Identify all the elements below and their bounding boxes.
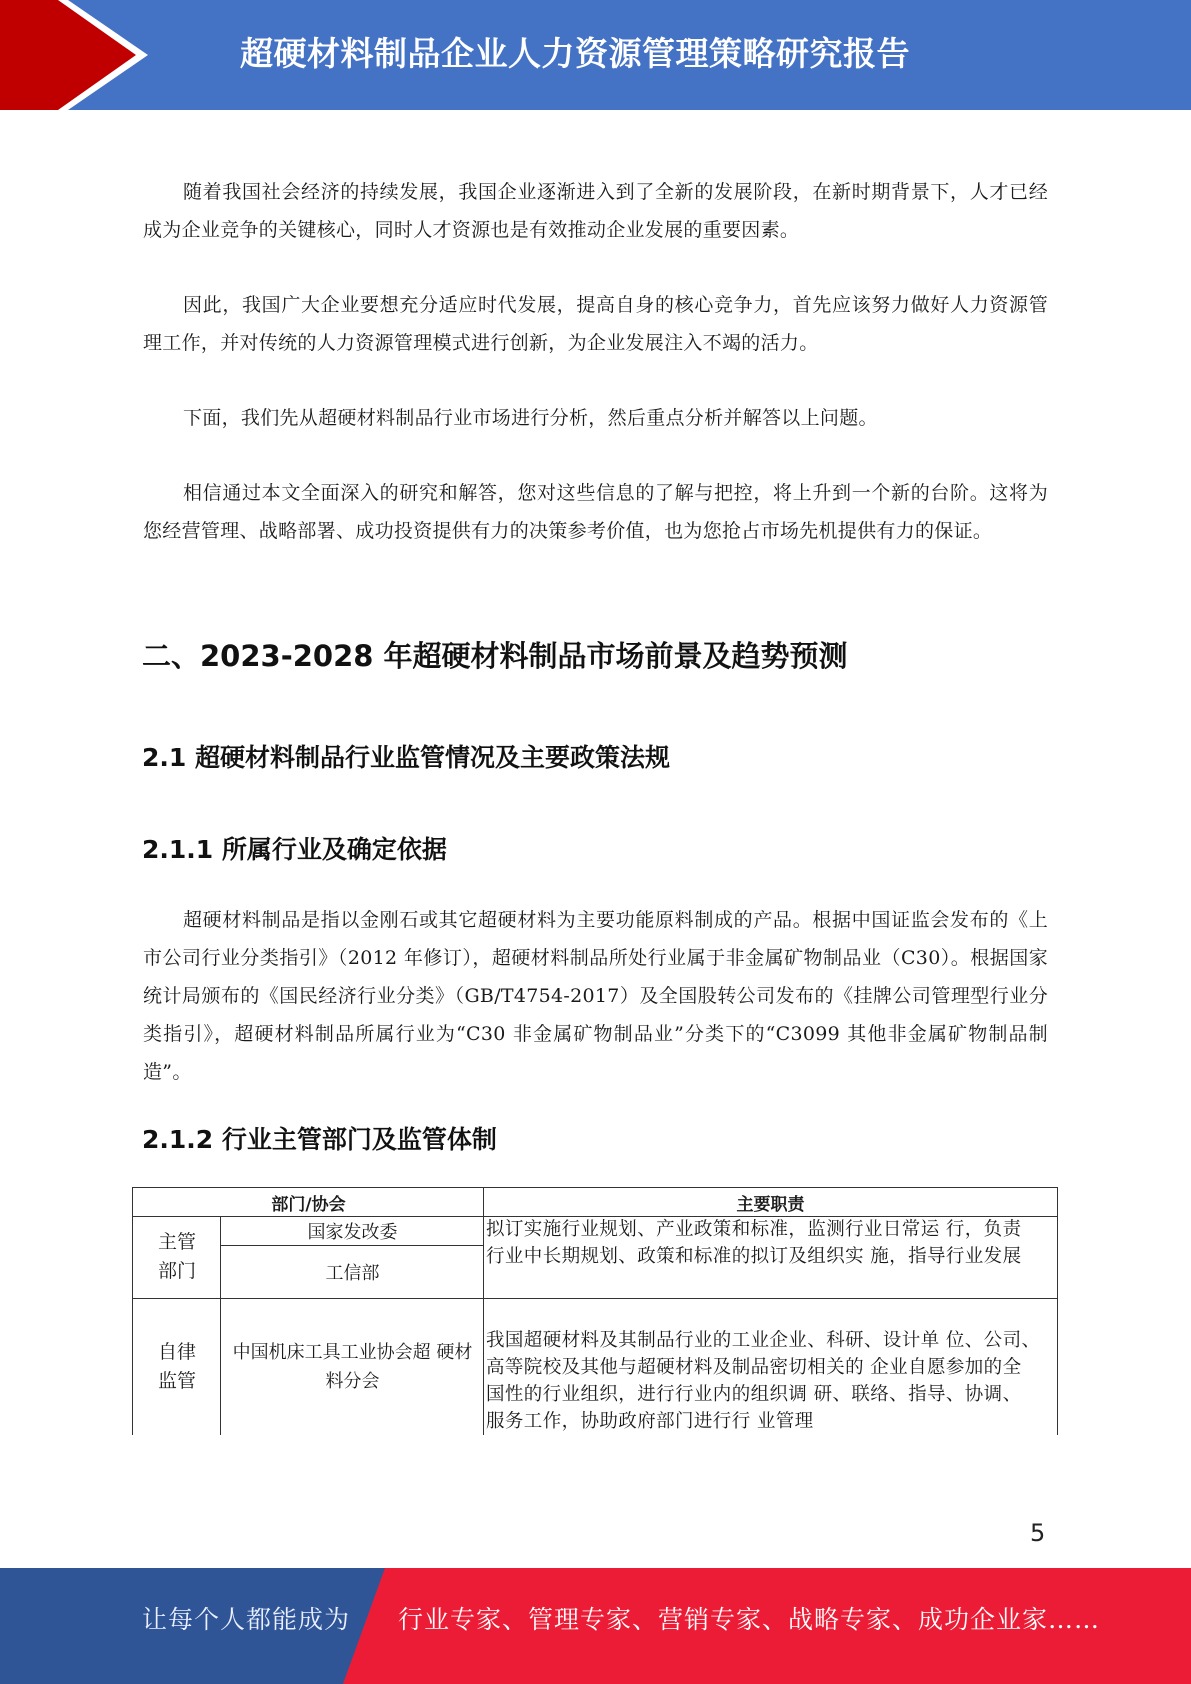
section-heading-2: 二、2023-2028 年超硬材料制品市场前景及趋势预测	[142, 634, 848, 675]
subsection-heading-2-1-2: 2.1.2 行业主管部门及监管体制	[142, 1120, 497, 1156]
intro-paragraph-4: 相信通过本文全面深入的研究和解答，您对这些信息的了解与把控，将上升到一个新的台阶…	[143, 474, 1048, 550]
table-cell-category-self-regulation: 自律 监管	[132, 1298, 221, 1435]
table-header-duty: 主要职责	[483, 1187, 1058, 1217]
duty-line: 高等院校及其他与超硬材料及制品密切相关的 企业自愿参加的全	[486, 1354, 1040, 1381]
industry-classification-paragraph: 超硬材料制品是指以金刚石或其它超硬材料为主要功能原料制成的产品。根据中国证监会发…	[143, 901, 1048, 1091]
red-chevron-icon	[0, 0, 200, 110]
footer-slogan-left: 让每个人都能成为	[142, 1600, 350, 1636]
subsection-heading-2-1-1: 2.1.1 所属行业及确定依据	[142, 830, 447, 866]
duty-line: 我国超硬材料及其制品行业的工业企业、科研、设计单 位、公司、	[486, 1327, 1040, 1354]
intro-paragraph-2: 因此，我国广大企业要想充分适应时代发展，提高自身的核心竞争力，首先应该努力做好人…	[143, 286, 1048, 362]
intro-paragraph-1: 随着我国社会经济的持续发展，我国企业逐渐进入到了全新的发展阶段，在新时期背景下，…	[143, 173, 1048, 249]
report-title: 超硬材料制品企业人力资源管理策略研究报告	[240, 28, 910, 80]
duty-line: 拟订实施行业规划、产业政策和标准，监测行业日常运 行，负责	[486, 1216, 1021, 1243]
duty-line: 服务工作，协助政府部门进行行 业管理	[486, 1408, 1040, 1435]
regulatory-table: 部门/协会 主要职责 主管 部门 国家发改委 工信部 拟订实施行业规划、产业政策…	[132, 1187, 1058, 1435]
intro-paragraph-3: 下面，我们先从超硬材料制品行业市场进行分析，然后重点分析并解答以上问题。	[143, 399, 1048, 437]
duty-line: 行业中长期规划、政策和标准的拟订及组织实 施，指导行业发展	[486, 1243, 1021, 1270]
table-cell-duty-association: 我国超硬材料及其制品行业的工业企业、科研、设计单 位、公司、 高等院校及其他与超…	[483, 1298, 1058, 1435]
table-cell-org-ndrc: 国家发改委	[220, 1216, 484, 1246]
report-header-banner: 超硬材料制品企业人力资源管理策略研究报告	[0, 0, 1191, 110]
table-header-dept: 部门/协会	[132, 1187, 484, 1217]
footer-banner: 让每个人都能成为 行业专家、管理专家、营销专家、战略专家、成功企业家……	[0, 1568, 1191, 1684]
duty-line: 国性的行业组织，进行行业内的组织调 研、联络、指导、协调、	[486, 1381, 1040, 1408]
page-number: 5	[1030, 1519, 1045, 1547]
subsection-heading-2-1: 2.1 超硬材料制品行业监管情况及主要政策法规	[142, 738, 670, 774]
table-cell-category-supervising: 主管 部门	[132, 1216, 221, 1299]
table-cell-org-association: 中国机床工具工业协会超 硬材料分会	[220, 1298, 484, 1435]
table-cell-duty-supervising: 拟订实施行业规划、产业政策和标准，监测行业日常运 行，负责 行业中长期规划、政策…	[483, 1216, 1058, 1299]
footer-slogan-right: 行业专家、管理专家、营销专家、战略专家、成功企业家……	[398, 1600, 1100, 1636]
table-cell-org-miit: 工信部	[220, 1245, 484, 1299]
